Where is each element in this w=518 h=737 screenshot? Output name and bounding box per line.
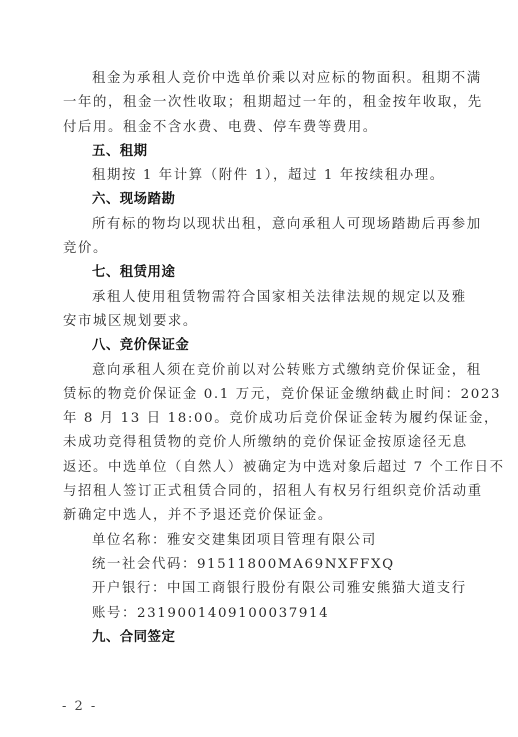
text-line: 新确定中选人，并不予退还竞价保证金。 — [63, 504, 459, 528]
field-value: 2319001409100037914 — [137, 606, 329, 621]
text-line: 所有标的物均以现状出租，意向承租人可现场踏勘后再参加 — [63, 213, 459, 237]
text-line: 一年的，租金一次性收取；租期超过一年的，租金按年收取，先 — [63, 91, 459, 115]
paragraph-lease-use: 承租人使用租赁物需符合国家相关法律法规的规定以及雅 安市城区规划要求。 — [63, 286, 459, 335]
text-line: 未成功竞得租赁物的竞价人所缴纳的竞价保证金按原途径无息 — [63, 431, 459, 455]
text-line: 年 8 月 13 日 18:00。竞价成功后竞价保证金转为履约保证金， — [63, 407, 459, 431]
text-line: 返还。中选单位（自然人）被确定为中选对象后超过 7 个工作日不 — [63, 456, 459, 480]
text-line: 租期按 1 年计算（附件 1），超过 1 年按续租办理。 — [63, 164, 459, 188]
paragraph-bid-deposit: 意向承租人须在竞价前以对公转账方式缴纳竞价保证金，租 赁标的物竞价保证金 0.1… — [63, 359, 459, 529]
text-line: 赁标的物竞价保证金 0.1 万元，竞价保证金缴纳截止时间：2023 — [63, 383, 459, 407]
field-value: 91511800MA69NXFFXQ — [197, 557, 395, 572]
paragraph-site-inspection: 所有标的物均以现状出租，意向承租人可现场踏勘后再参加 竞价。 — [63, 213, 459, 262]
page-number: - 2 - — [62, 699, 97, 714]
text-line: 安市城区规划要求。 — [63, 310, 459, 334]
field-account-number: 账号：2319001409100037914 — [63, 602, 459, 626]
text-line: 付后用。租金不含水费、电费、停车费等费用。 — [63, 116, 459, 140]
field-value: 雅安交建集团项目管理有限公司 — [167, 533, 377, 548]
field-label: 统一社会代码： — [92, 557, 197, 572]
section-heading-lease-term: 五、租期 — [63, 140, 459, 164]
text-line: 租金为承租人竞价中选单价乘以对应标的物面积。租期不满 — [63, 67, 459, 91]
field-label: 单位名称： — [92, 533, 167, 548]
field-value: 中国工商银行股份有限公司雅安熊猫大道支行 — [167, 581, 467, 596]
text-line: 竞价。 — [63, 237, 459, 261]
section-heading-bid-deposit: 八、竞价保证金 — [63, 334, 459, 358]
text-line: 承租人使用租赁物需符合国家相关法律法规的规定以及雅 — [63, 286, 459, 310]
text-line: 意向承租人须在竞价前以对公转账方式缴纳竞价保证金，租 — [63, 359, 459, 383]
field-company-name: 单位名称：雅安交建集团项目管理有限公司 — [63, 529, 459, 553]
section-heading-contract-signing: 九、合同签定 — [63, 626, 459, 650]
section-heading-site-inspection: 六、现场踏勘 — [63, 188, 459, 212]
field-credit-code: 统一社会代码：91511800MA69NXFFXQ — [63, 553, 459, 577]
text-line: 与招租人签订正式租赁合同的，招租人有权另行组织竞价活动重 — [63, 480, 459, 504]
field-label: 开户银行： — [92, 581, 167, 596]
field-bank: 开户银行：中国工商银行股份有限公司雅安熊猫大道支行 — [63, 577, 459, 601]
document-page: 租金为承租人竞价中选单价乘以对应标的物面积。租期不满 一年的，租金一次性收取；租… — [0, 0, 518, 737]
field-label: 账号： — [92, 606, 137, 621]
document-body: 租金为承租人竞价中选单价乘以对应标的物面积。租期不满 一年的，租金一次性收取；租… — [63, 67, 459, 650]
paragraph-rent-terms: 租金为承租人竞价中选单价乘以对应标的物面积。租期不满 一年的，租金一次性收取；租… — [63, 67, 459, 140]
section-heading-lease-use: 七、租赁用途 — [63, 261, 459, 285]
